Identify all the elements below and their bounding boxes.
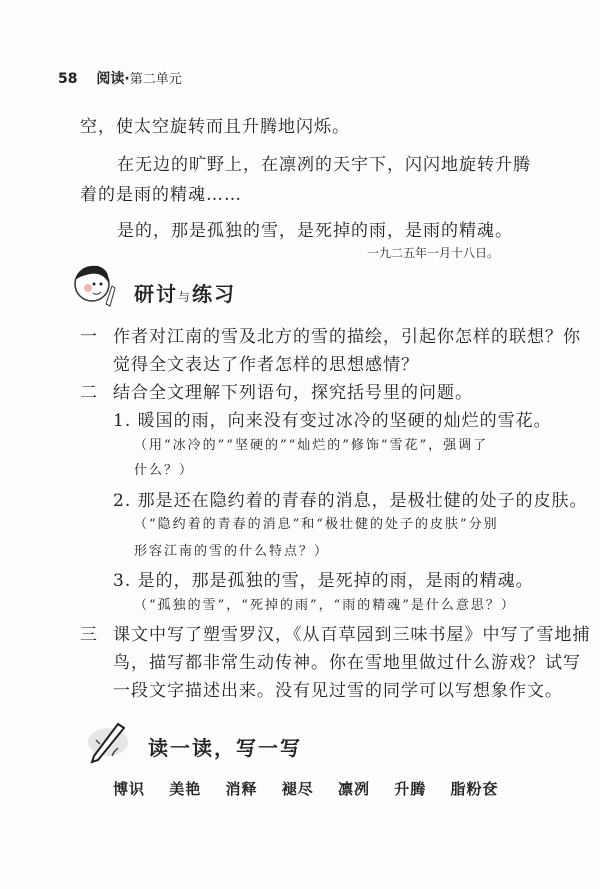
- sub-question: 1. 暖国的雨，向来没有变过冰冷的坚硬的灿烂的雪花。: [113, 406, 552, 431]
- exercise-line: 觉得全文表达了作者怎样的思想感情？: [113, 350, 419, 375]
- exercise-marker: 二: [80, 378, 97, 403]
- vocab-word: 凛冽: [338, 780, 370, 798]
- page-number: 58: [58, 71, 77, 87]
- sub-note: 形容江南的雪的什么特点？）: [134, 540, 329, 559]
- passage-line: 着的是雨的精魂……: [80, 180, 242, 205]
- vocab-word: 褪尽: [282, 780, 314, 798]
- passage-line: 是的，那是孤独的雪，是死掉的雨，是雨的精魂。: [117, 216, 513, 241]
- exercise-line: 结合全文理解下列语句，探究括号里的问题。: [113, 378, 473, 403]
- section-name: 阅读: [96, 71, 124, 87]
- exercises-title: 研讨与练习: [134, 278, 236, 307]
- vocab-word: 升腾: [394, 780, 426, 798]
- sub-note: （用“冰冷的”“坚硬的”“灿烂的”修饰“雪花”，强调了: [134, 434, 488, 453]
- vocab-word: 博识: [113, 780, 145, 798]
- read-write-title: 读一读，写一写: [148, 732, 302, 761]
- cartoon-boy-icon: [66, 258, 122, 314]
- exercise-line: 鸟，描写都非常生动传神。你在雪地里做过什么游戏？试写: [113, 648, 581, 673]
- sub-question: 3. 是的，那是孤独的雪，是死掉的雨，是雨的精魂。: [113, 566, 534, 591]
- vocab-word: 美艳: [169, 780, 201, 798]
- pencil-icon: [84, 718, 134, 768]
- vocab-word: 消释: [226, 780, 258, 798]
- exercise-line: 课文中写了塑雪罗汉，《从百草园到三味书屋》中写了雪地捕: [113, 620, 591, 645]
- unit-name: 第二单元: [130, 72, 182, 87]
- vocab-word: 脂粉奁: [451, 780, 499, 798]
- exercise-line: 作者对江南的雪及北方的雪的描绘，引起你怎样的联想？你: [113, 322, 581, 347]
- sub-note: （“孤独的雪”，“死掉的雨”，“雨的精魂”是什么意思？）: [134, 594, 516, 613]
- exercise-marker: 三: [80, 620, 97, 645]
- passage-line: 在无边的旷野上，在凛冽的天宇下，闪闪地旋转升腾: [117, 150, 531, 175]
- page-header: 58 阅读·第二单元: [58, 68, 182, 88]
- sub-note: （“隐约着的青春的消息”和“极壮健的处子的皮肤”分别: [134, 513, 499, 532]
- exercise-marker: 一: [80, 322, 97, 347]
- vocab-list: 博识 美艳 消释 褪尽 凛冽 升腾 脂粉奁: [113, 778, 517, 799]
- exercise-line: 一段文字描述出来。没有见过雪的同学可以写想象作文。: [113, 676, 563, 701]
- passage-line: 空，使太空旋转而且升腾地闪烁。: [80, 112, 350, 137]
- sub-question: 2. 那是还在隐约着的青春的消息，是极壮健的处子的皮肤。: [113, 486, 588, 511]
- sub-note: 什么？）: [134, 459, 194, 478]
- passage-date: 一九二五年一月十八日。: [367, 244, 499, 261]
